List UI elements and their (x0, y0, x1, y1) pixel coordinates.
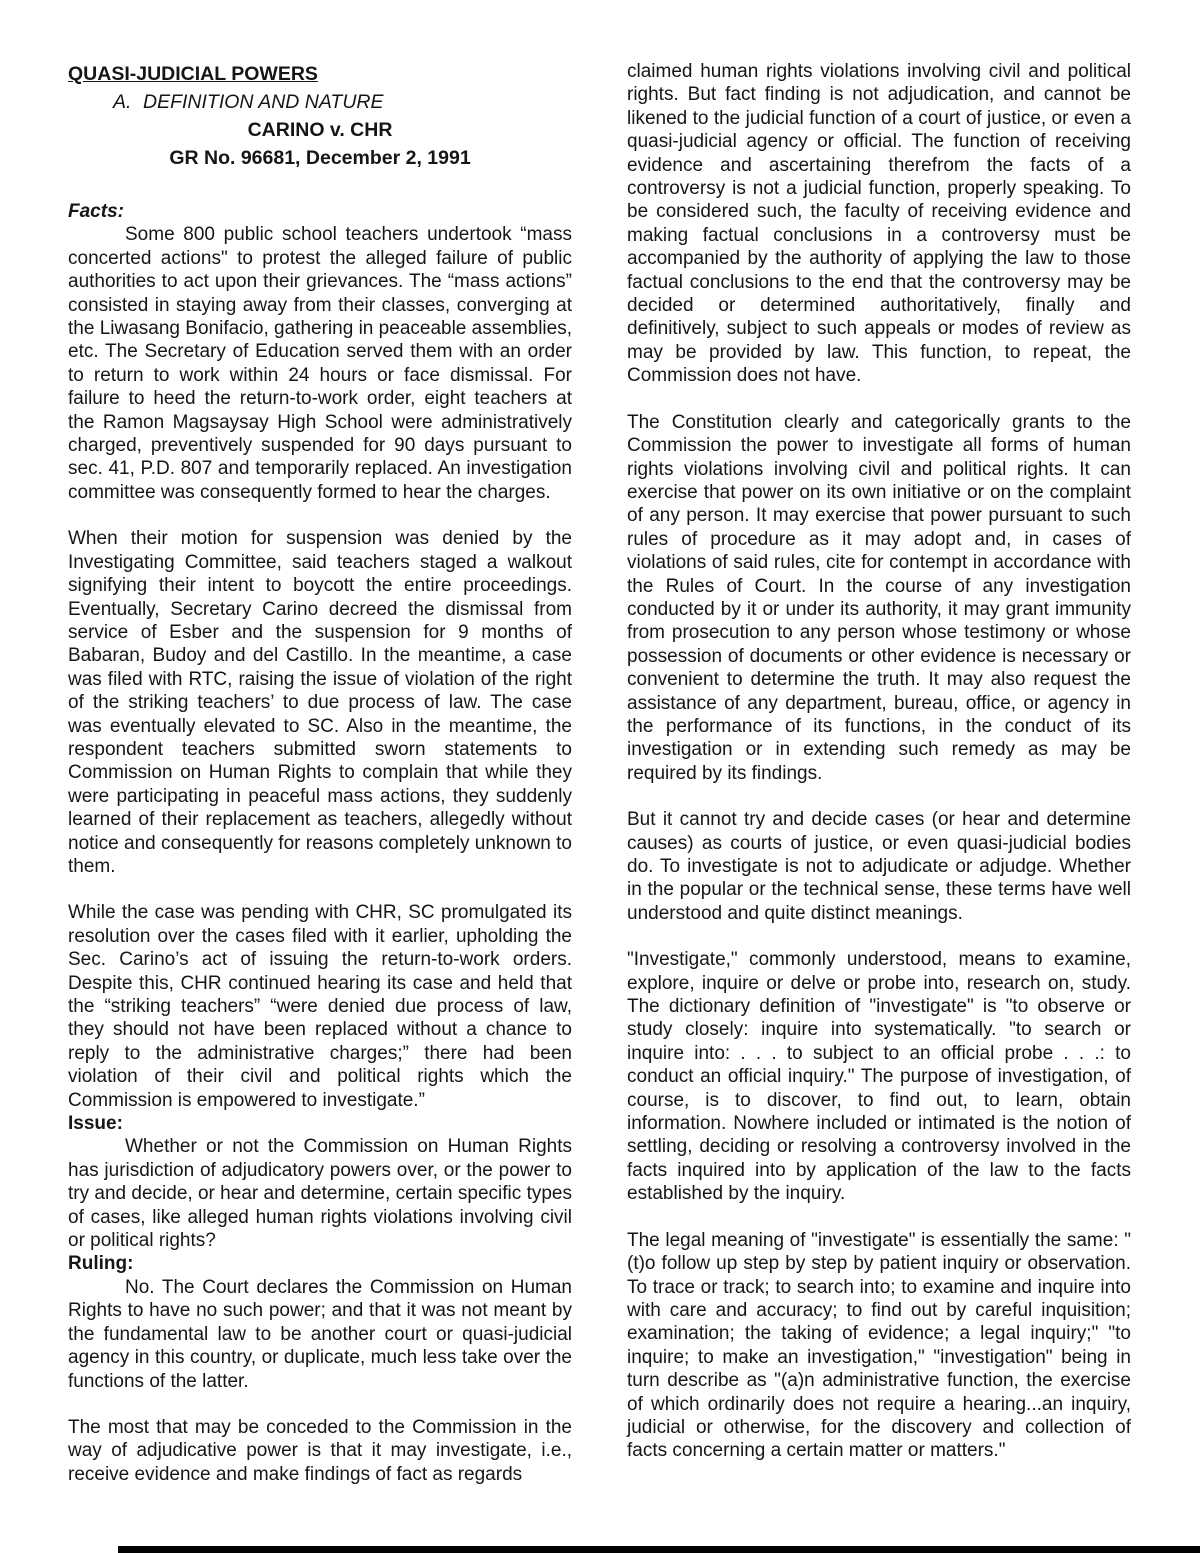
right-paragraph-5: The legal meaning of "investigate" is es… (627, 1229, 1131, 1463)
facts-paragraph-3: While the case was pending with CHR, SC … (68, 901, 572, 1112)
right-column: claimed human rights violations involvin… (627, 60, 1131, 1509)
facts-paragraph-2: When their motion for suspension was den… (68, 527, 572, 878)
section-heading: A.DEFINITION AND NATURE (68, 88, 572, 116)
section-title: DEFINITION AND NATURE (143, 91, 384, 113)
right-paragraph-4: "Investigate," commonly understood, mean… (627, 948, 1131, 1205)
facts-paragraph-1: Some 800 public school teachers undertoo… (68, 223, 572, 504)
case-citation: GR No. 96681, December 2, 1991 (68, 144, 572, 172)
right-paragraph-1: claimed human rights violations involvin… (627, 60, 1131, 388)
issue-paragraph: Whether or not the Commission on Human R… (68, 1135, 572, 1252)
ruling-paragraph-1: No. The Court declares the Commission on… (68, 1276, 572, 1393)
document-title: QUASI-JUDICIAL POWERS (68, 60, 572, 88)
case-name: CARINO v. CHR (68, 116, 572, 144)
left-column: QUASI-JUDICIAL POWERS A.DEFINITION AND N… (68, 60, 572, 1509)
right-paragraph-2: The Constitution clearly and categorical… (627, 411, 1131, 786)
two-column-layout: QUASI-JUDICIAL POWERS A.DEFINITION AND N… (68, 60, 1132, 1509)
section-letter: A. (113, 88, 143, 116)
issue-label: Issue: (68, 1112, 572, 1135)
document-page: QUASI-JUDICIAL POWERS A.DEFINITION AND N… (0, 0, 1200, 1509)
right-paragraph-3: But it cannot try and decide cases (or h… (627, 808, 1131, 925)
ruling-paragraph-2: The most that may be conceded to the Com… (68, 1416, 572, 1486)
facts-label: Facts: (68, 200, 572, 223)
ruling-label: Ruling: (68, 1252, 572, 1275)
scan-artifact-bar (118, 1546, 1200, 1553)
